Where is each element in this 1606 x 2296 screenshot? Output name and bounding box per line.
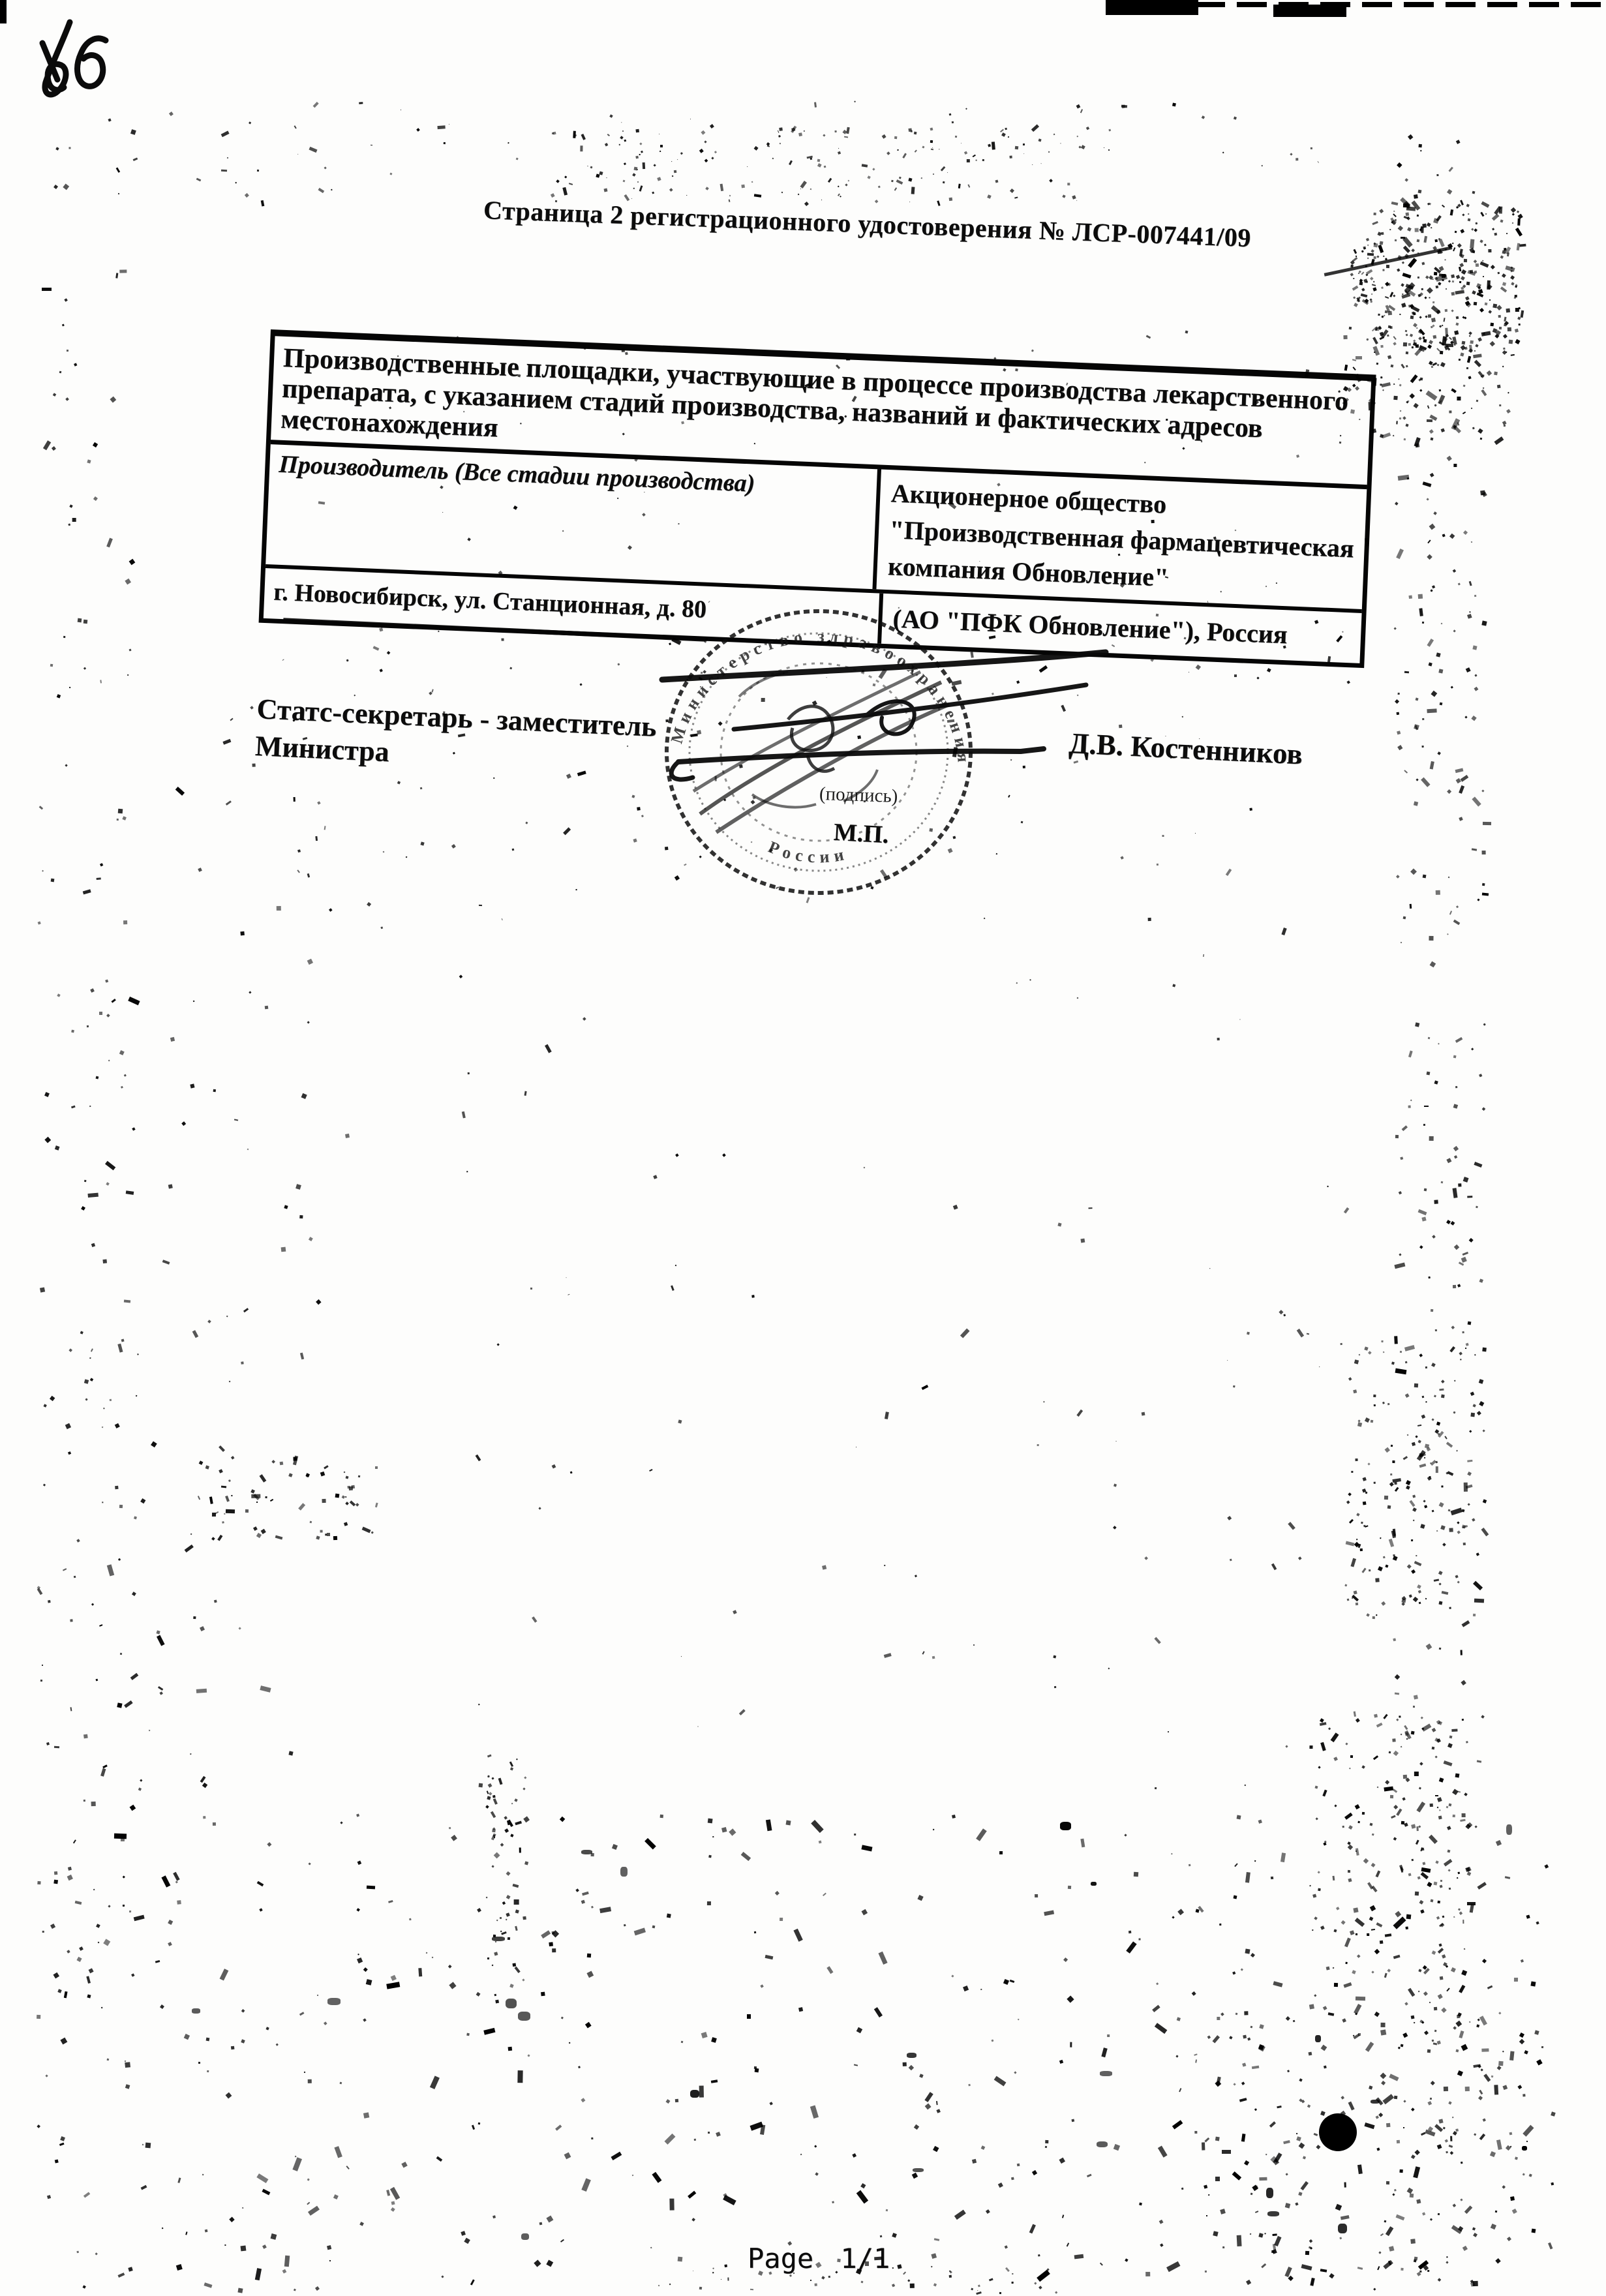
scan-noise-layer [0,0,1606,2296]
scanned-certificate-page: Страница 2 регистрационного удостоверени… [0,0,1606,2296]
